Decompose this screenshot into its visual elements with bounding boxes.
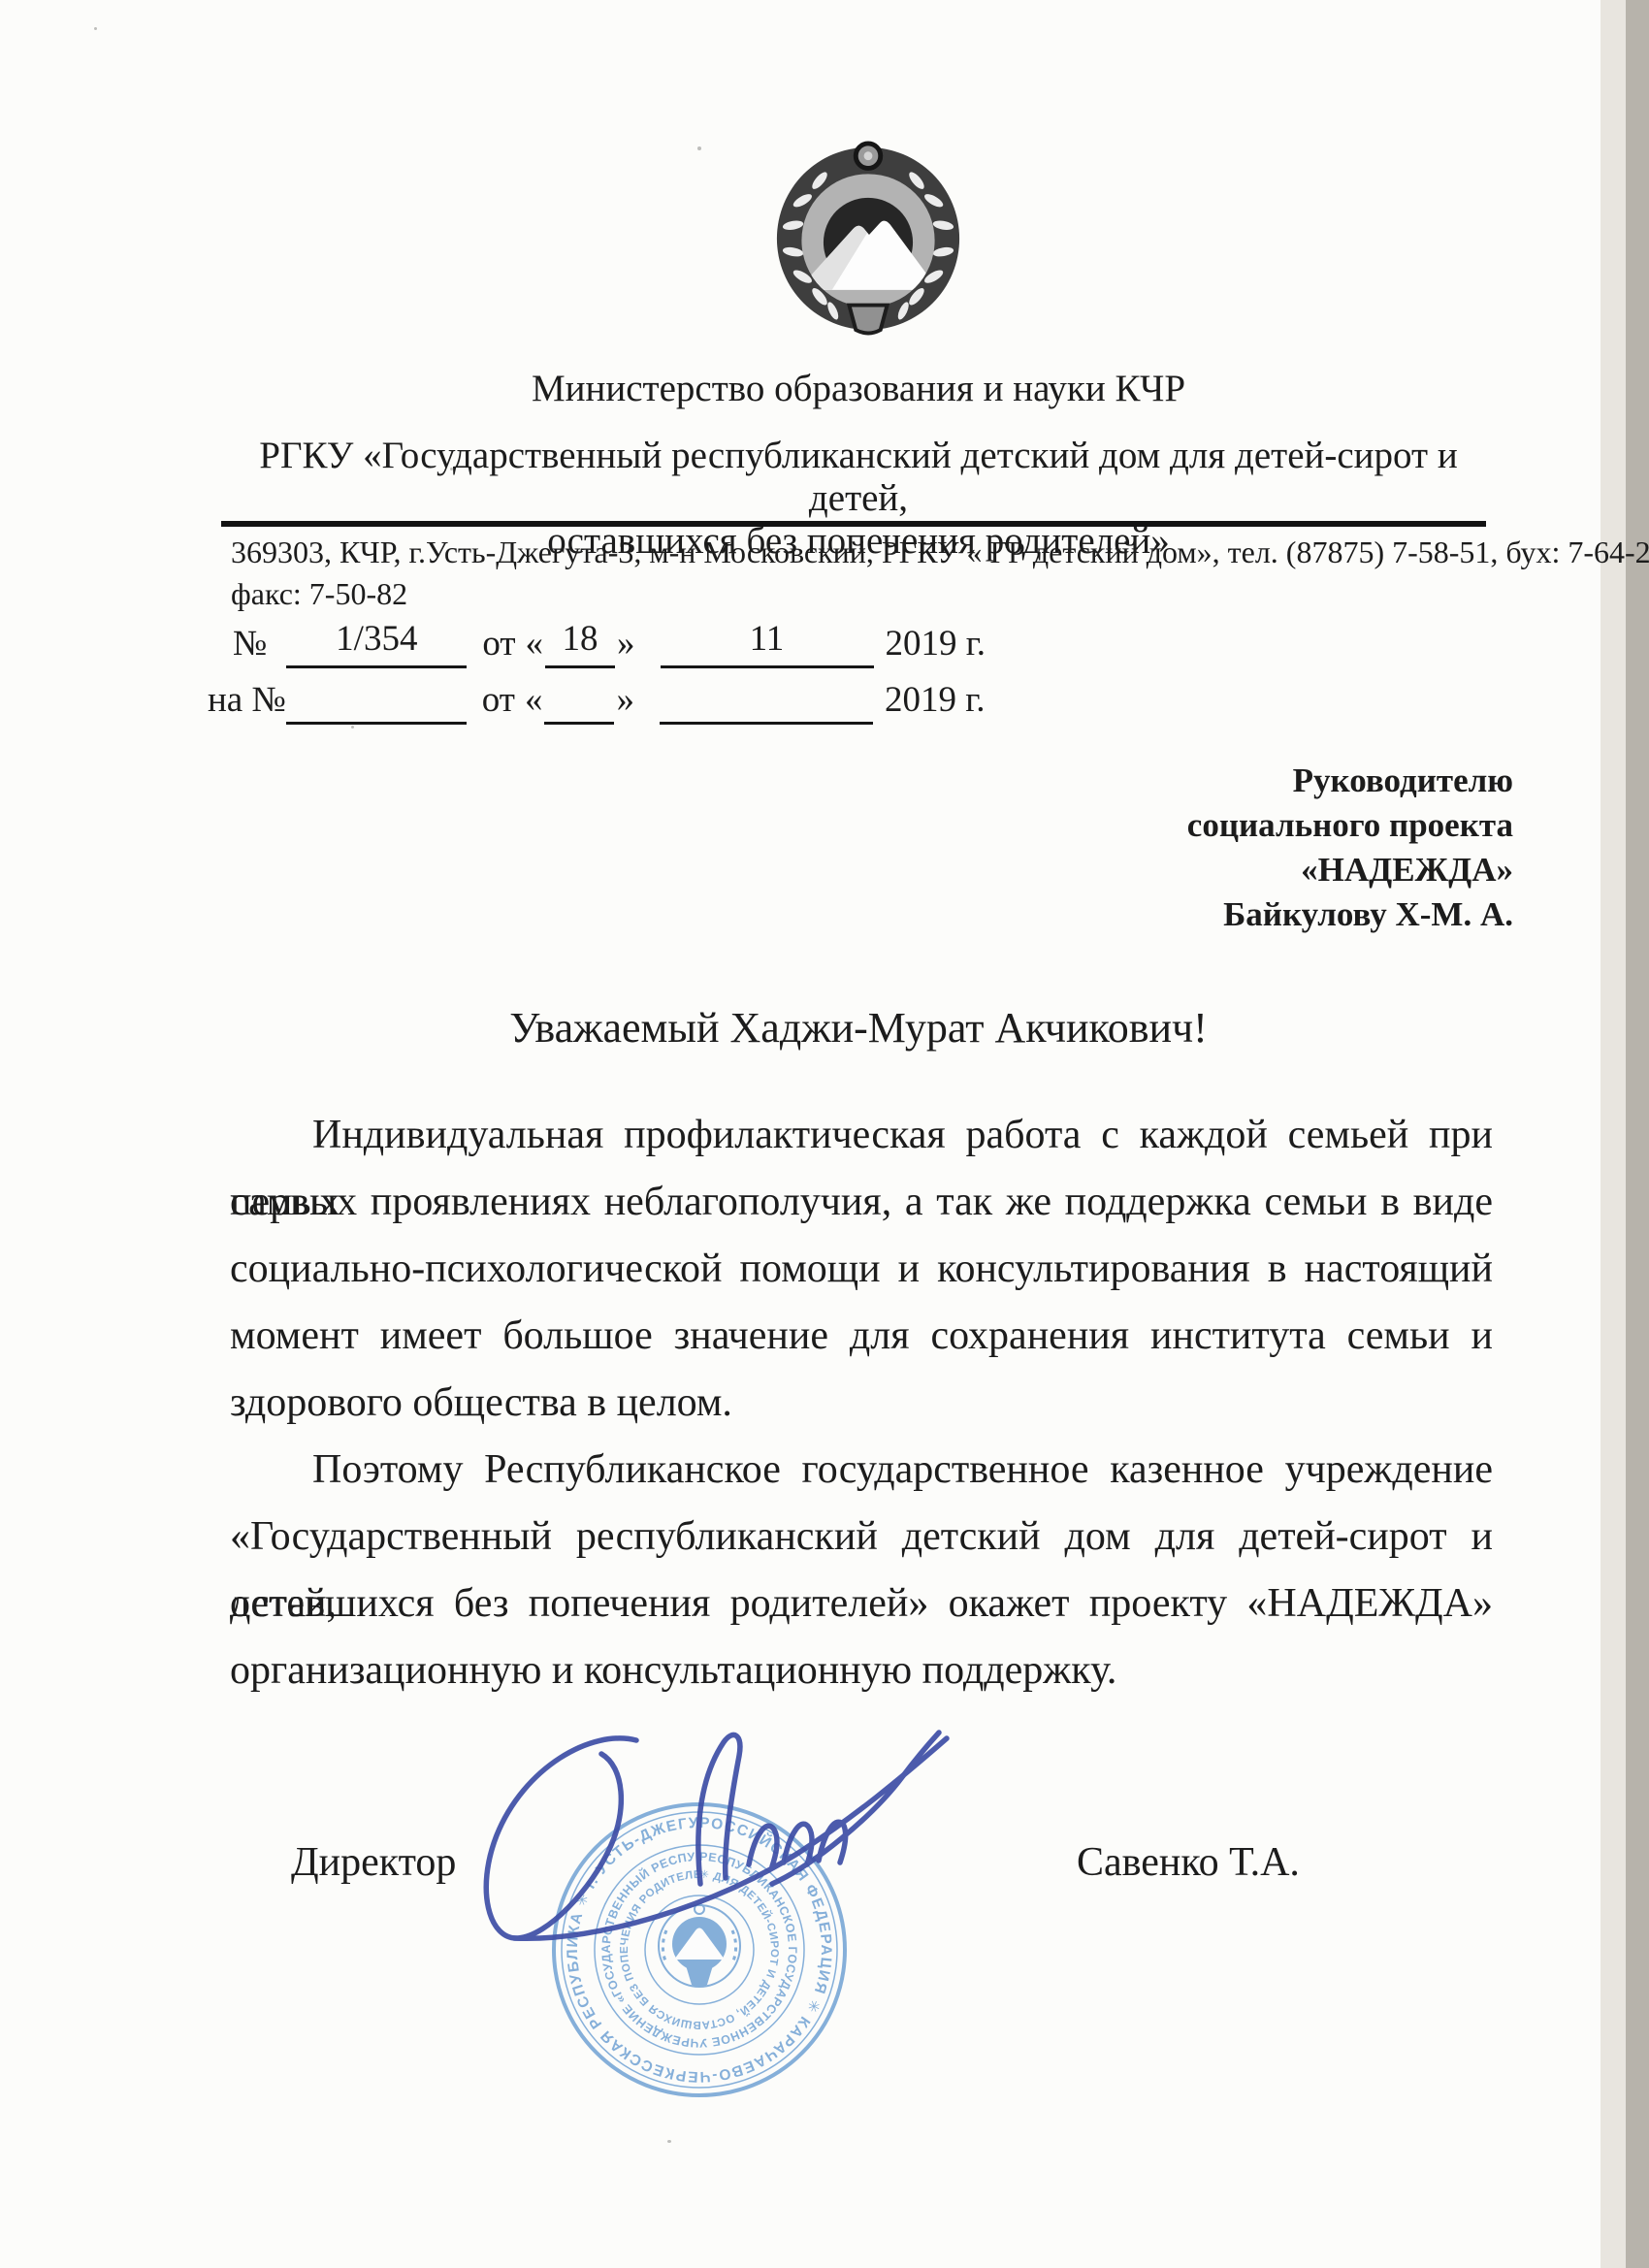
body-line: Поэтому Республиканское государственное …	[230, 1437, 1493, 1504]
scanned-letter-page: Министерство образования и науки КЧР РГК…	[0, 0, 1649, 2268]
address-contacts-line: 369303, КЧР, г.Усть-Джегута-3, м-н Моско…	[231, 535, 1649, 570]
outgoing-number-value: 1/354	[286, 615, 467, 668]
body-line: первых проявлениях неблагополучия, а так…	[230, 1169, 1493, 1236]
incoming-day-blank	[544, 720, 614, 725]
quote-close: »	[614, 676, 636, 725]
scan-speck	[351, 726, 354, 729]
paragraph-2: Поэтому Республиканское государственное …	[230, 1437, 1493, 1704]
body-line: оставшихся без попечения родителей» окаж…	[230, 1571, 1493, 1637]
ot-label: от	[482, 676, 515, 725]
quote-open: «	[524, 620, 546, 668]
body-line: момент имеет большое значение для сохран…	[230, 1303, 1493, 1370]
addressee-line: Байкулову Х-М. А.	[228, 892, 1513, 937]
scan-speck	[94, 27, 97, 30]
addressee-line: Руководителю	[228, 759, 1513, 803]
letter-body: Индивидуальная профилактическая работа с…	[230, 1102, 1493, 1704]
addressee-line: социального проекта	[228, 803, 1513, 848]
na-number-label: на №	[208, 676, 286, 725]
body-line: социально-психологической помощи и консу…	[230, 1236, 1493, 1303]
kchr-coat-of-arms	[773, 138, 963, 336]
scan-edge-shadow-dark	[1626, 0, 1649, 2268]
header-divider-rule	[221, 521, 1486, 527]
ministry-name: Министерство образования и науки КЧР	[228, 367, 1489, 410]
outgoing-day-value: 18	[545, 615, 615, 668]
quote-open: «	[523, 676, 545, 725]
signer-name: Савенко Т.А.	[1077, 1839, 1300, 1886]
organization-name-line1: РГКУ «Государственный республиканский де…	[228, 435, 1489, 520]
addressee-block: Руководителюсоциального проекта«НАДЕЖДА»…	[228, 759, 1513, 937]
scan-edge-shadow-light	[1600, 0, 1626, 2268]
signer-role: Директор	[291, 1839, 456, 1886]
salutation: Уважаемый Хаджи-Мурат Акчикович!	[228, 1003, 1489, 1053]
handwritten-signature	[446, 1700, 989, 2010]
body-line: организационную и консультационную подде…	[230, 1637, 1493, 1704]
outgoing-month-value: 11	[661, 615, 874, 668]
incoming-month-blank	[660, 720, 873, 725]
paragraph-1: Индивидуальная профилактическая работа с…	[230, 1102, 1493, 1437]
ot-label: от	[482, 620, 515, 668]
quote-close: »	[615, 620, 637, 668]
addressee-line: «НАДЕЖДА»	[228, 848, 1513, 892]
fax-line: факс: 7-50-82	[231, 576, 407, 612]
incoming-year-label: 2019 г.	[885, 676, 986, 725]
body-line: «Государственный республиканский детский…	[230, 1504, 1493, 1571]
incoming-number-row: на № от « » 2019 г.	[208, 676, 985, 725]
number-sign-label: №	[233, 620, 267, 668]
incoming-number-blank	[286, 720, 467, 725]
body-line: Индивидуальная профилактическая работа с…	[230, 1102, 1493, 1169]
scan-speck	[667, 2140, 671, 2143]
outgoing-number-row: № 1/354 от « 18 » 11 2019 г.	[233, 615, 986, 668]
body-line: здорового общества в целом.	[230, 1370, 1493, 1437]
outgoing-year-label: 2019 г.	[886, 620, 986, 668]
scan-speck	[697, 146, 701, 150]
emblem-bowl	[849, 306, 887, 334]
